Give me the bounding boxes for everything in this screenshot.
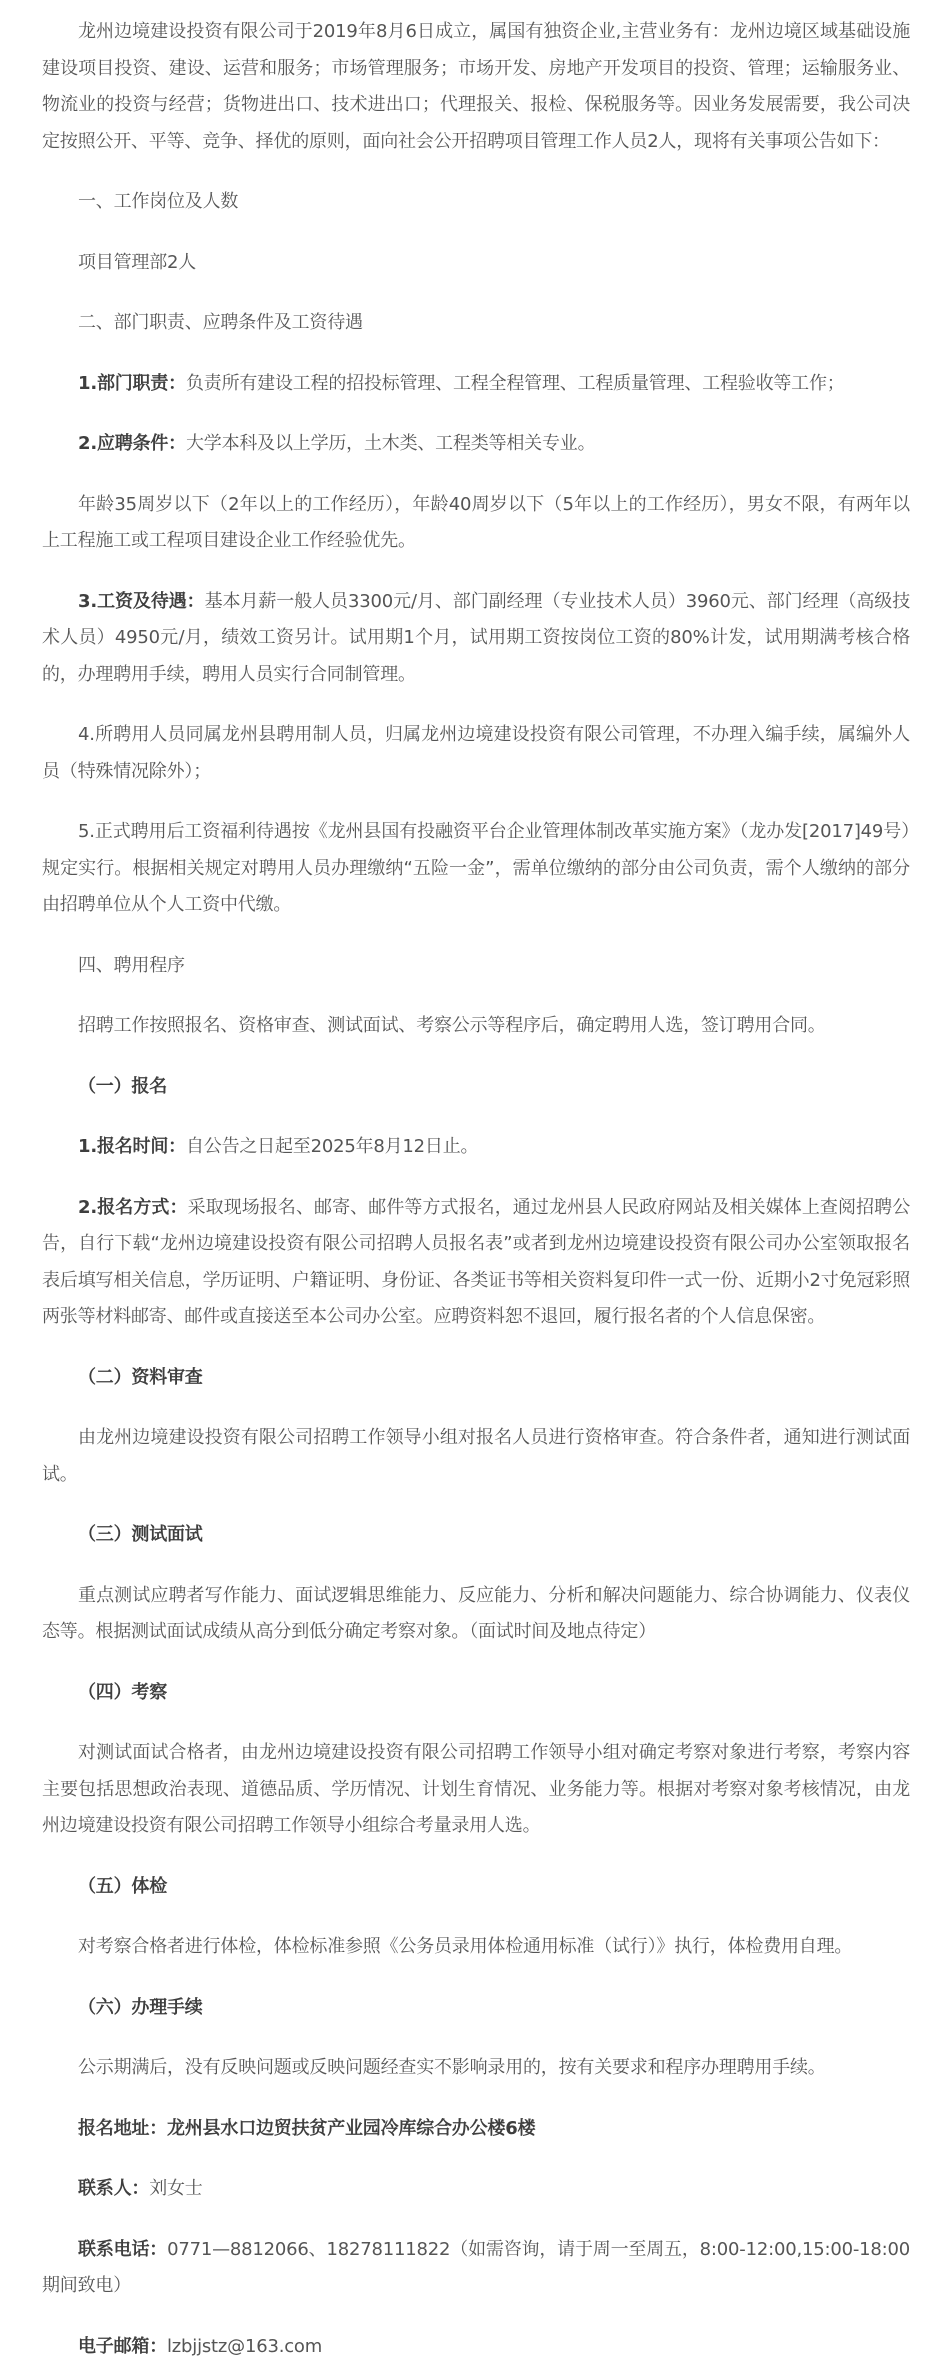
section-1-title: 一、工作岗位及人数 (42, 184, 910, 221)
inspection-title: （四）考察 (42, 1675, 910, 1712)
contact-email-value[interactable]: lzbjjstz@163.com (167, 2336, 322, 2357)
article-body: 龙州边境建设投资有限公司于2019年8月6日成立，属国有独资企业,主营业务有：龙… (0, 0, 951, 2364)
section-2-title: 二、部门职责、应聘条件及工资待遇 (42, 305, 910, 342)
registration-time: 1.报名时间：自公告之日起至2025年8月12日止。 (42, 1129, 910, 1166)
department-duty-label: 1.部门职责： (78, 373, 186, 394)
requirements-label: 2.应聘条件： (78, 433, 186, 454)
department-duty-text: 负责所有建设工程的招投标管理、工程全程管理、工程质量管理、工程验收等工作； (186, 373, 845, 394)
procedures-title: （六）办理手续 (42, 1990, 910, 2027)
address-value: 龙州县水口边贸扶贫产业园冷库综合办公楼6楼 (167, 2118, 535, 2139)
registration-address: 报名地址：龙州县水口边贸扶贫产业园冷库综合办公楼6楼 (42, 2111, 910, 2148)
benefits: 5.正式聘用后工资福利待遇按《龙州县国有投融资平台企业管理体制改革实施方案》（龙… (42, 814, 910, 924)
procedure-intro: 招聘工作按照报名、资格审查、测试面试、考察公示等程序后，确定聘用人选，签订聘用合… (42, 1008, 910, 1045)
inspection-text: 对测试面试合格者，由龙州边境建设投资有限公司招聘工作领导小组对确定考察对象进行考… (42, 1735, 910, 1845)
requirements: 2.应聘条件：大学本科及以上学历，土木类、工程类等相关专业。 (42, 426, 910, 463)
contact-email: 电子邮箱：lzbjjstz@163.com (42, 2329, 910, 2364)
contact-person: 联系人：刘女士 (42, 2171, 910, 2208)
registration-time-label: 1.报名时间： (78, 1136, 186, 1157)
positions-count: 项目管理部2人 (42, 245, 910, 282)
intro-paragraph: 龙州边境建设投资有限公司于2019年8月6日成立，属国有独资企业,主营业务有：龙… (42, 14, 910, 160)
registration-title: （一）报名 (42, 1069, 910, 1106)
contact-phone-label: 联系电话： (78, 2239, 167, 2260)
requirements-text: 大学本科及以上学历，土木类、工程类等相关专业。 (186, 433, 595, 454)
department-duty: 1.部门职责：负责所有建设工程的招投标管理、工程全程管理、工程质量管理、工程验收… (42, 366, 910, 403)
registration-method-label: 2.报名方式： (78, 1197, 188, 1218)
staff-status: 4.所聘用人员同属龙州县聘用制人员，归属龙州边境建设投资有限公司管理，不办理入编… (42, 717, 910, 790)
contact-phone: 联系电话：0771—8812066、18278111822（如需咨询，请于周一至… (42, 2232, 910, 2305)
procedures-text: 公示期满后，没有反映问题或反映问题经查实不影响录用的，按有关要求和程序办理聘用手… (42, 2050, 910, 2087)
interview-text: 重点测试应聘者写作能力、面试逻辑思维能力、反应能力、分析和解决问题能力、综合协调… (42, 1578, 910, 1651)
review-title: （二）资料审查 (42, 1360, 910, 1397)
section-4-title: 四、聘用程序 (42, 948, 910, 985)
salary: 3.工资及待遇：基本月薪一般人员3300元/月、部门副经理（专业技术人员）396… (42, 584, 910, 694)
address-label: 报名地址： (78, 2118, 167, 2139)
contact-person-value: 刘女士 (149, 2178, 202, 2199)
salary-label: 3.工资及待遇： (78, 591, 205, 612)
interview-title: （三）测试面试 (42, 1517, 910, 1554)
contact-person-label: 联系人： (78, 2178, 149, 2199)
physical-exam-text: 对考察合格者进行体检，体检标准参照《公务员录用体检通用标准（试行）》执行，体检费… (42, 1929, 910, 1966)
registration-time-text: 自公告之日起至2025年8月12日止。 (186, 1136, 478, 1157)
contact-phone-value: 0771—8812066、18278111822（如需咨询，请于周一至周五，8:… (42, 2239, 910, 2297)
registration-method: 2.报名方式：采取现场报名、邮寄、邮件等方式报名，通过龙州县人民政府网站及相关媒… (42, 1190, 910, 1336)
physical-exam-title: （五）体检 (42, 1869, 910, 1906)
contact-email-label: 电子邮箱： (78, 2336, 167, 2357)
age-requirement: 年龄35周岁以下（2年以上的工作经历），年龄40周岁以下（5年以上的工作经历），… (42, 487, 910, 560)
review-text: 由龙州边境建设投资有限公司招聘工作领导小组对报名人员进行资格审查。符合条件者，通… (42, 1420, 910, 1493)
